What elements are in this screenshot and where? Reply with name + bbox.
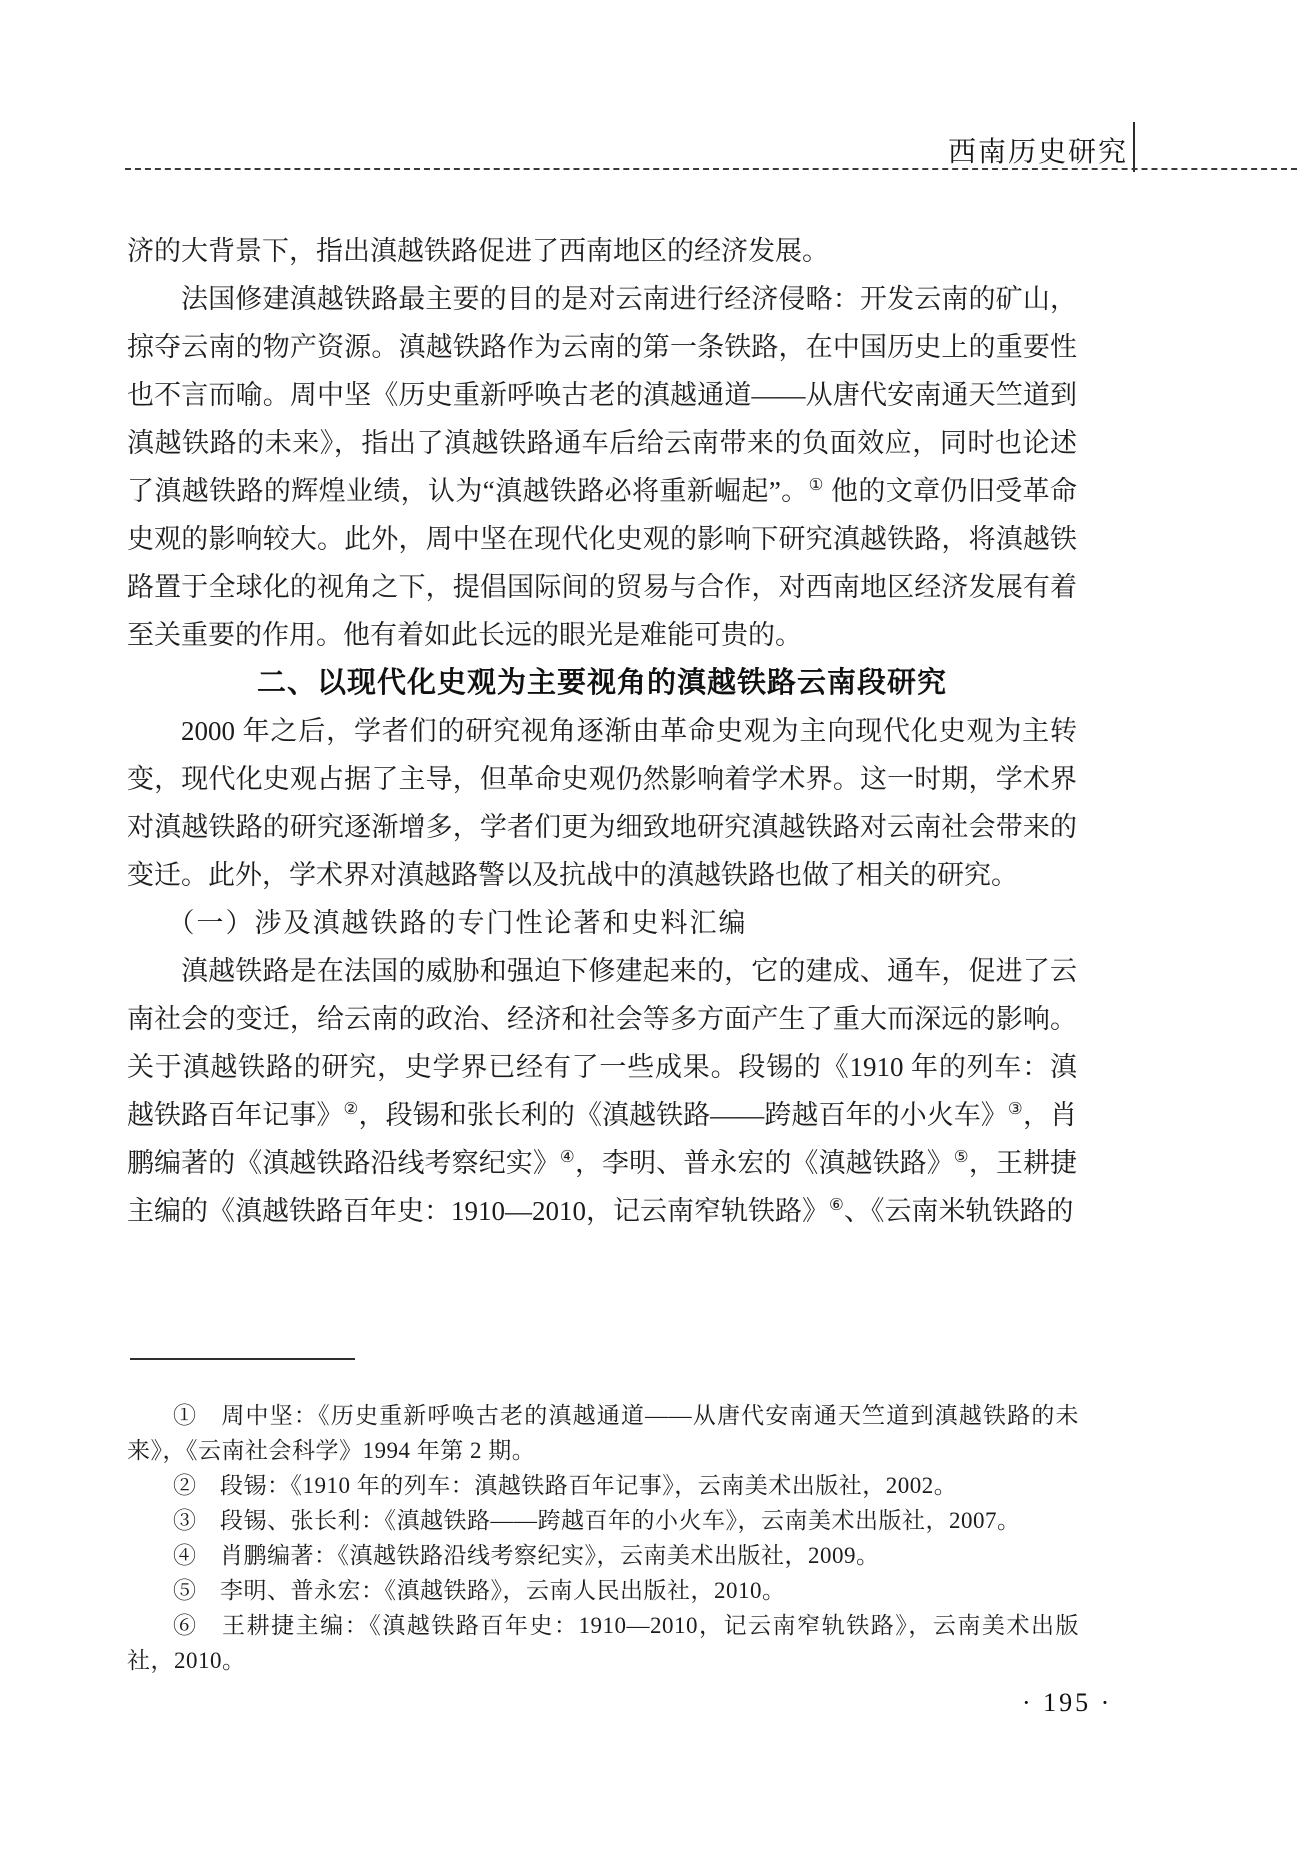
footnotes-block: ① 周中坚：《历史重新呼唤古老的滇越通道——从唐代安南通天竺道到滇越铁路的未来》… bbox=[127, 1398, 1079, 1678]
footnote-item: ⑥ 王耕捷主编：《滇越铁路百年史：1910—2010，记云南窄轨铁路》，云南美术… bbox=[127, 1608, 1079, 1678]
text-run: ，李明、普永宏的《滇越铁路》 bbox=[575, 1148, 954, 1178]
footnote-reference: ① bbox=[809, 475, 824, 494]
paragraph-continuation: 济的大背景下，指出滇越铁路促进了西南地区的经济发展。 bbox=[127, 227, 1077, 275]
footnote-reference: ⑥ bbox=[829, 1195, 844, 1214]
footnote-reference: ⑤ bbox=[954, 1147, 969, 1166]
footnote-item: ④ 肖鹏编著：《滇越铁路沿线考察纪实》，云南美术出版社，2009。 bbox=[127, 1538, 1079, 1573]
paragraph: 2000 年之后，学者们的研究视角逐渐由革命史观为主向现代化史观为主转变，现代化… bbox=[127, 707, 1077, 899]
footnote-reference: ③ bbox=[1008, 1099, 1023, 1118]
subsection-heading: （一）涉及滇越铁路的专门性论著和史料汇编 bbox=[127, 899, 1077, 947]
footnote-separator-rule bbox=[130, 1358, 355, 1360]
footnote-item: ⑤ 李明、普永宏：《滇越铁路》，云南人民出版社，2010。 bbox=[127, 1573, 1079, 1608]
page-number: · 195 · bbox=[1022, 1688, 1112, 1718]
book-page: 西南历史研究 济的大背景下，指出滇越铁路促进了西南地区的经济发展。 法国修建滇越… bbox=[0, 0, 1307, 1859]
header-dashed-rule bbox=[125, 168, 1297, 170]
footnote-reference: ② bbox=[343, 1099, 358, 1118]
footnote-reference: ④ bbox=[560, 1147, 575, 1166]
text-run: 法国修建滇越铁路最主要的目的是对云南进行经济侵略：开发云南的矿山，掠夺云南的物产… bbox=[127, 284, 1077, 506]
paragraph: 法国修建滇越铁路最主要的目的是对云南进行经济侵略：开发云南的矿山，掠夺云南的物产… bbox=[127, 275, 1077, 659]
footnote-item: ③ 段锡、张长利：《滇越铁路——跨越百年的小火车》，云南美术出版社，2007。 bbox=[127, 1503, 1079, 1538]
article-body: 济的大背景下，指出滇越铁路促进了西南地区的经济发展。 法国修建滇越铁路最主要的目… bbox=[127, 227, 1077, 1235]
header-divider-line bbox=[1133, 122, 1135, 172]
text-run: ，段锡和张长利的《滇越铁路——跨越百年的小火车》 bbox=[359, 1100, 1008, 1130]
footnote-item: ① 周中坚：《历史重新呼唤古老的滇越通道——从唐代安南通天竺道到滇越铁路的未来》… bbox=[127, 1398, 1079, 1468]
section-heading: 二、以现代化史观为主要视角的滇越铁路云南段研究 bbox=[127, 659, 1077, 707]
paragraph: 滇越铁路是在法国的威胁和强迫下修建起来的，它的建成、通车，促进了云南社会的变迁，… bbox=[127, 947, 1077, 1235]
footnote-item: ② 段锡：《1910 年的列车：滇越铁路百年记事》，云南美术出版社，2002。 bbox=[127, 1468, 1079, 1503]
running-head-title: 西南历史研究 bbox=[948, 130, 1130, 170]
text-run: 、《云南米轨铁路的 bbox=[844, 1196, 1074, 1226]
